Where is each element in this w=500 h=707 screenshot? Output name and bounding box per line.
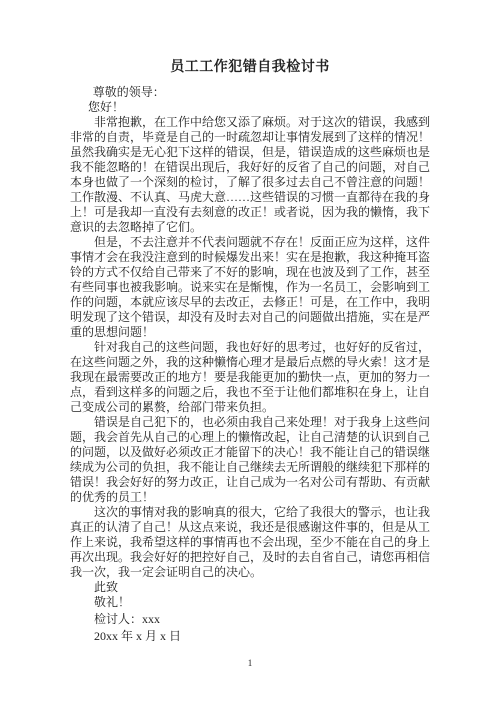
page-number: 1 — [0, 658, 500, 668]
date-line: 20xx 年 x 月 x 日 — [70, 629, 430, 644]
salutation-line: 尊敬的领导： — [70, 85, 430, 100]
paragraph-4: 错误是自己犯下的，也必须由我自己来处理！对于我身上这些问题，我会首先从自己的心理… — [70, 415, 430, 505]
closing-respect-line: 此致 — [70, 580, 430, 595]
paragraph-1: 非常抱歉，在工作中给您又添了麻烦。对于这次的错误，我感到非常的自责，毕竟是自己的… — [70, 115, 430, 235]
closing-salute-line: 敬礼！ — [70, 595, 430, 610]
paragraph-5: 这次的事情对我的影响真的很大，它给了我很大的警示，也让我真正的认清了自己！从这点… — [70, 505, 430, 580]
signature-line: 检讨人：xxx — [70, 612, 430, 627]
document-title: 员工工作犯错自我检讨书 — [0, 58, 500, 78]
document-page: 员工工作犯错自我检讨书 尊敬的领导： 您好！ 非常抱歉，在工作中给您又添了麻烦。… — [0, 0, 500, 707]
paragraph-3: 针对我自己的这些问题，我也好好的思考过，也好好的反省过，在这些问题之外，我的这种… — [70, 340, 430, 415]
paragraph-2: 但是，不去注意并不代表问题就不存在！反面正应为这样，这件事情才会在我没注意到的时… — [70, 235, 430, 340]
greeting-line: 您好！ — [70, 100, 430, 115]
document-body: 尊敬的领导： 您好！ 非常抱歉，在工作中给您又添了麻烦。对于这次的错误，我感到非… — [70, 85, 430, 644]
